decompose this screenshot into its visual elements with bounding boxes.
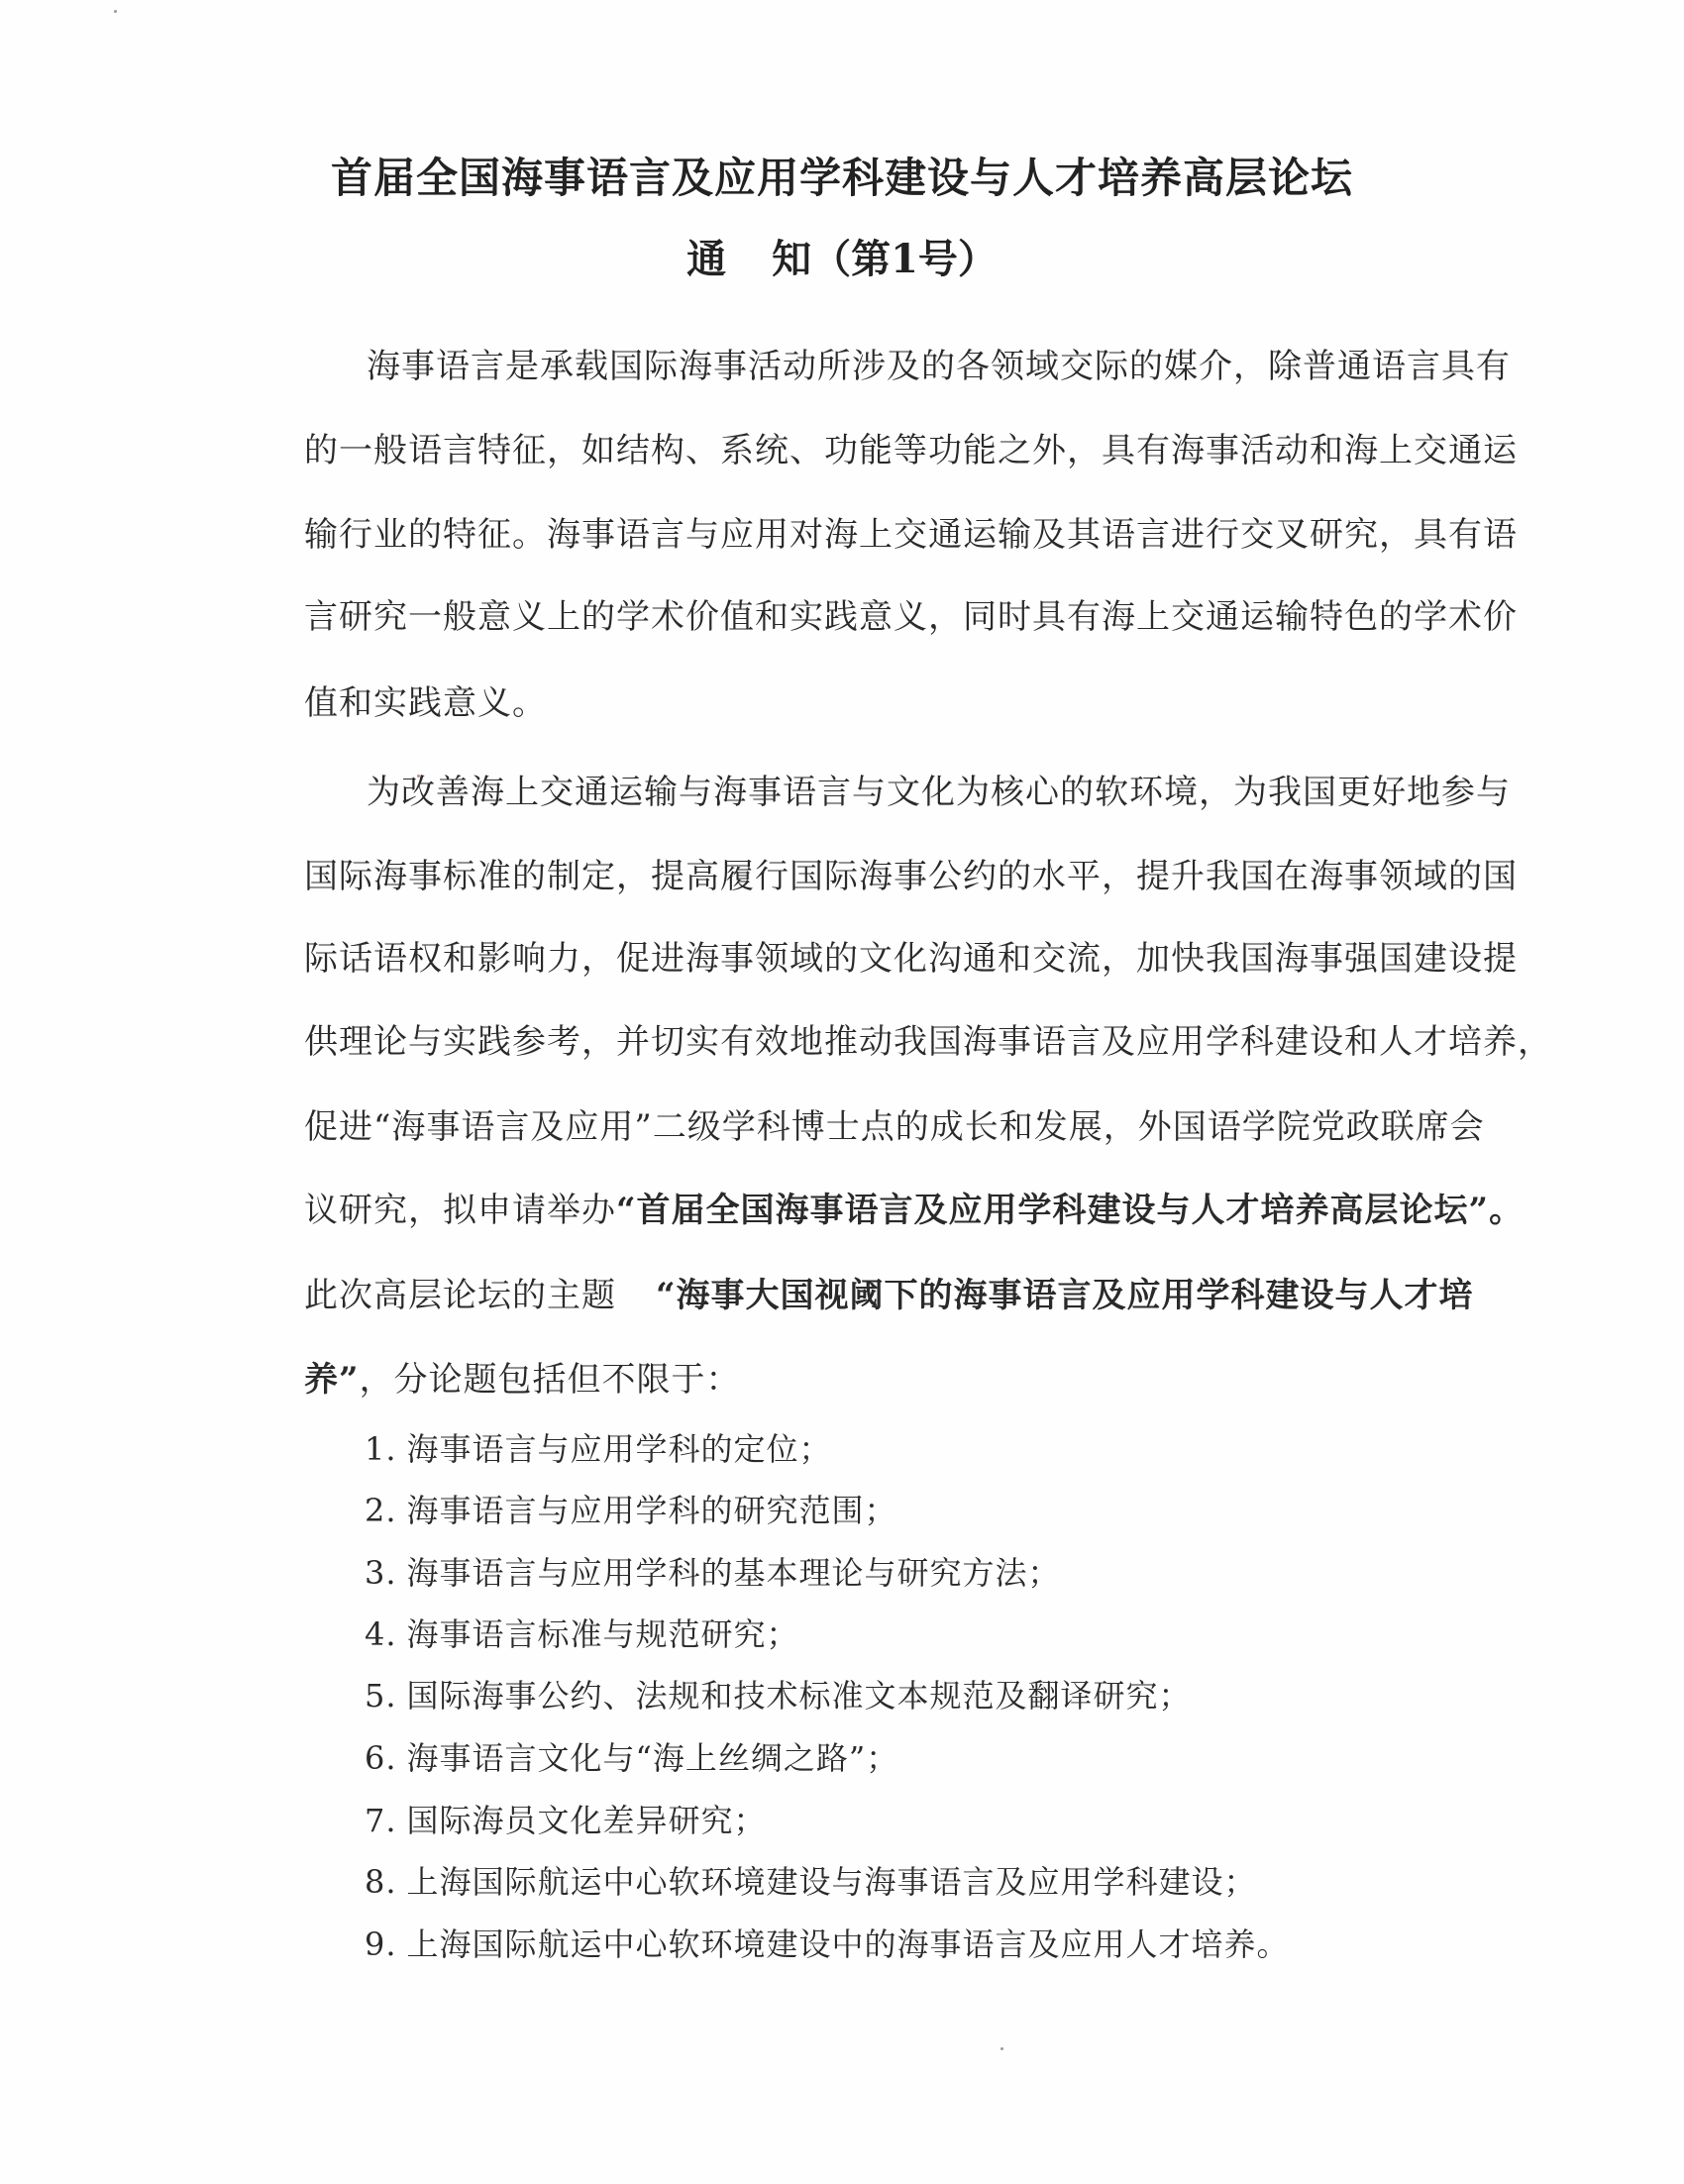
list-number: 5.	[365, 1677, 397, 1715]
paragraph-line: 议研究，拟申请举办“首届全国海事语言及应用学科建设与人才培养高层论坛”。	[304, 1191, 1524, 1230]
list-item: 2.海事语言与应用学科的研究范围；	[365, 1491, 897, 1530]
document-subtitle: 通知（第1号）	[0, 235, 1684, 284]
list-item: 5.国际海事公约、法规和技术标准文本规范及翻译研究；	[365, 1676, 1192, 1716]
paragraph-line: 养”，分论题包括但不限于：	[304, 1360, 741, 1400]
scanned-page: 首届全国海事语言及应用学科建设与人才培养高层论坛 通知（第1号） 海事语言是承载…	[0, 0, 1684, 2184]
forum-theme-emphasis: “海事大国视阈下的海事语言及应用学科建设与人才培	[656, 1276, 1474, 1315]
document-title: 首届全国海事语言及应用学科建设与人才培养高层论坛	[0, 154, 1684, 203]
list-number: 7.	[365, 1802, 397, 1839]
forum-name-emphasis: “首届全国海事语言及应用学科建设与人才培养高层论坛”。	[616, 1191, 1524, 1230]
paragraph-line: 言研究一般意义上的学术价值和实践意义，同时具有海上交通运输特色的学术价	[304, 597, 1518, 637]
line-text: 议研究，拟申请举办	[304, 1191, 616, 1230]
paragraph-line: 海事语言是承载国际海事活动所涉及的各领域交际的媒介，除普通语言具有	[367, 347, 1511, 386]
list-text: 上海国际航运中心软环境建设与海事语言及应用学科建设；	[407, 1863, 1257, 1901]
list-number: 2.	[365, 1492, 397, 1529]
list-number: 3.	[365, 1554, 397, 1592]
paragraph-line: 际话语权和影响力，促进海事领域的文化沟通和交流，加快我国海事强国建设提	[304, 939, 1518, 979]
scan-speck	[417, 775, 420, 778]
list-item: 6.海事语言文化与“海上丝绸之路”；	[365, 1738, 898, 1778]
line-text: ，分论题包括但不限于：	[360, 1360, 741, 1400]
paragraph-line: 供理论与实践参考，并切实有效地推动我国海事语言及应用学科建设和人才培养，	[304, 1022, 1552, 1062]
list-item: 9.上海国际航运中心软环境建设中的海事语言及应用人才培养。	[365, 1924, 1290, 1964]
list-text: 海事语言与应用学科的研究范围；	[407, 1492, 897, 1529]
forum-theme-emphasis-end: 养”	[304, 1360, 360, 1400]
paragraph-line: 输行业的特征。海事语言与应用对海上交通运输及其语言进行交叉研究，具有语	[304, 515, 1518, 555]
paragraph-line: 的一般语言特征，如结构、系统、功能等功能之外，具有海事活动和海上交通运	[304, 431, 1518, 470]
paragraph-line: 国际海事标准的制定，提高履行国际海事公约的水平，提升我国在海事领域的国	[304, 857, 1518, 896]
subtitle-word-1: 通	[686, 236, 726, 282]
list-item: 7.国际海员文化差异研究；	[365, 1801, 767, 1840]
line-text: 此次高层论坛的主题	[304, 1276, 616, 1315]
list-number: 6.	[365, 1739, 397, 1777]
list-number: 8.	[365, 1863, 397, 1901]
paragraph-line: 为改善海上交通运输与海事语言与文化为核心的软环境，为我国更好地参与	[367, 773, 1511, 812]
scan-speck	[1000, 2047, 1003, 2050]
list-text: 海事语言与应用学科的基本理论与研究方法；	[407, 1554, 1061, 1592]
scan-speck	[114, 10, 117, 13]
list-text: 上海国际航运中心软环境建设中的海事语言及应用人才培养。	[407, 1925, 1290, 1963]
subtitle-number: （第1号）	[811, 236, 998, 282]
list-item: 4.海事语言标准与规范研究；	[365, 1614, 799, 1654]
list-item: 3.海事语言与应用学科的基本理论与研究方法；	[365, 1553, 1061, 1593]
paragraph-line: 值和实践意义。	[304, 683, 547, 723]
subtitle-word-2: 知	[772, 236, 811, 282]
list-text: 海事语言文化与“海上丝绸之路”；	[407, 1739, 899, 1777]
list-item: 1.海事语言与应用学科的定位；	[365, 1429, 832, 1469]
list-number: 9.	[365, 1925, 397, 1963]
paragraph-line: 促进“海事语言及应用”二级学科博士点的成长和发展，外国语学院党政联席会	[304, 1107, 1485, 1147]
list-text: 国际海事公约、法规和技术标准文本规范及翻译研究；	[407, 1677, 1192, 1715]
list-item: 8.上海国际航运中心软环境建设与海事语言及应用学科建设；	[365, 1862, 1257, 1902]
list-number: 4.	[365, 1615, 397, 1653]
list-number: 1.	[365, 1430, 397, 1468]
list-text: 海事语言标准与规范研究；	[407, 1615, 799, 1653]
list-text: 海事语言与应用学科的定位；	[407, 1430, 832, 1468]
paragraph-line: 此次高层论坛的主题“海事大国视阈下的海事语言及应用学科建设与人才培	[304, 1276, 1474, 1315]
list-text: 国际海员文化差异研究；	[407, 1802, 767, 1839]
